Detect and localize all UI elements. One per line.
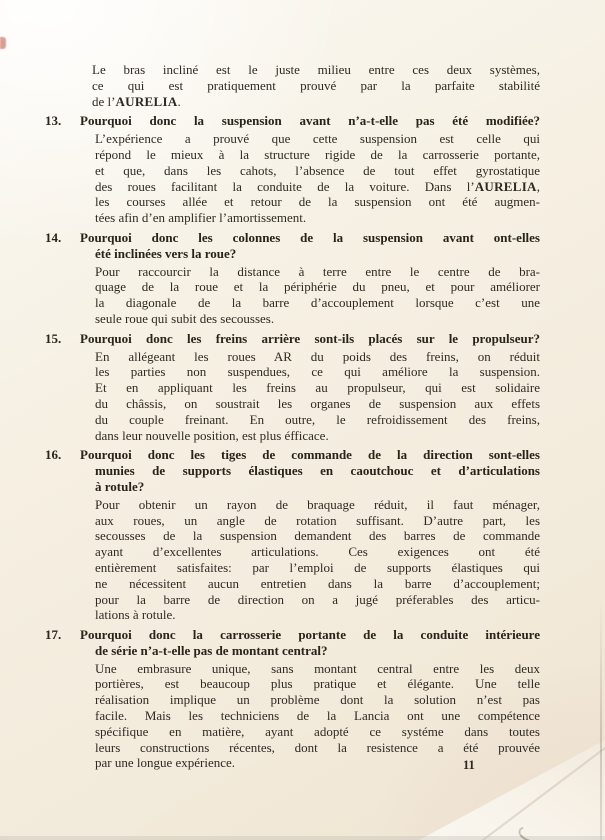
qa-item: 15.Pourquoi donc les freins arrière sont… xyxy=(0,331,605,444)
text-line: Pourquoi donc les freins arrière sont-il… xyxy=(80,331,540,347)
text-line: portières, est beaucoup plus pratique et… xyxy=(95,676,540,692)
text-line: Pourquoi donc les colonnes de la suspens… xyxy=(80,230,540,246)
page-right-edge-shadow xyxy=(600,600,602,840)
text-line: Le bras incliné est le juste milieu entr… xyxy=(92,62,540,78)
question-number: 14. xyxy=(45,230,77,246)
question: Pourquoi donc la suspension avant n’a-t-… xyxy=(80,113,540,129)
text-line: à rotule? xyxy=(95,479,540,495)
text-line: ce qui est pratiquement prouvé par la pa… xyxy=(92,78,540,94)
text-line: Et en appliquant les freins au propulseu… xyxy=(95,380,540,396)
answer: L’expérience a prouvé que cette suspensi… xyxy=(95,131,540,226)
text-line: spécifique en matière, ayant adopté ce s… xyxy=(95,724,540,740)
question-number: 15. xyxy=(45,331,77,347)
text-line: facile. Mais les techniciens de la Lanci… xyxy=(95,708,540,724)
question: Pourquoi donc la carrosserie portante de… xyxy=(80,627,540,659)
text-line: répond le mieux à la structure rigide de… xyxy=(95,147,540,163)
text-line: la diagonale de la barre d’accouplement … xyxy=(95,295,540,311)
text-line: les courses allée et retour de la suspen… xyxy=(95,194,540,210)
text-line: leurs constructions récentes, dont la re… xyxy=(95,740,540,756)
text-line: aux roues, un angle de rotation suffisan… xyxy=(95,513,540,529)
question-number: 13. xyxy=(45,113,77,129)
answer: Pour raccourcir la distance à terre entr… xyxy=(95,264,540,327)
text-line: quage de la roue et la périphérie du pne… xyxy=(95,279,540,295)
text-line: tées afin d’en amplifier l’amortissement… xyxy=(95,210,540,226)
answer: Une embrasure unique, sans montant centr… xyxy=(95,661,540,772)
text-line: Pour raccourcir la distance à terre entr… xyxy=(95,264,540,280)
text-line: et que, dans les cahots, l’absence de to… xyxy=(95,163,540,179)
intro-paragraph: Le bras incliné est le juste milieu entr… xyxy=(92,62,540,109)
qa-item: 17.Pourquoi donc la carrosserie portante… xyxy=(0,627,605,771)
text-line: Une embrasure unique, sans montant centr… xyxy=(95,661,540,677)
qa-item: 13.Pourquoi donc la suspension avant n’a… xyxy=(0,113,605,226)
question: Pourquoi donc les tiges de commande de l… xyxy=(80,447,540,494)
question-number: 17. xyxy=(45,627,77,643)
qa-item: 16.Pourquoi donc les tiges de commande d… xyxy=(0,447,605,623)
qa-item: 14.Pourquoi donc les colonnes de la susp… xyxy=(0,230,605,327)
brand-name: AURELIA xyxy=(115,94,177,109)
text-line: de l’AURELIA. xyxy=(92,94,540,110)
page-bottom-edge-shadow xyxy=(0,836,605,840)
text-line: de série n’a-t-elle pas de montant centr… xyxy=(95,643,540,659)
text-line: les parties non suspendues, ce qui améli… xyxy=(95,364,540,380)
page-text-block: Le bras incliné est le juste milieu entr… xyxy=(0,62,605,771)
text-line: ayant d’excellentes articulations. Ces e… xyxy=(95,544,540,560)
text-line: Pourquoi donc la carrosserie portante de… xyxy=(80,627,540,643)
text-line: du couple freinant. En outre, le refroid… xyxy=(95,412,540,428)
text-line: dans leur nouvelle position, est plus éf… xyxy=(95,428,540,444)
text-line: seule roue qui subit des secousses. xyxy=(95,311,540,327)
answer: En allégeant les roues AR du poids des f… xyxy=(95,349,540,444)
text-line: lations à rotule. xyxy=(95,607,540,623)
answer: Pour obtenir un rayon de braquage réduit… xyxy=(95,497,540,623)
text-line: ne nécessitent aucun entretien dans la b… xyxy=(95,576,540,592)
page-number: 11 xyxy=(463,758,475,773)
text-line: entièrement satisfaites: par l’emploi de… xyxy=(95,560,540,576)
question: Pourquoi donc les colonnes de la suspens… xyxy=(80,230,540,262)
text-line: pour la barre de direction on a jugé pré… xyxy=(95,592,540,608)
text-line: L’expérience a prouvé que cette suspensi… xyxy=(95,131,540,147)
question-number: 16. xyxy=(45,447,77,463)
scan-ink-smudge xyxy=(0,37,6,49)
question: Pourquoi donc les freins arrière sont-il… xyxy=(80,331,540,347)
text-line: En allégeant les roues AR du poids des f… xyxy=(95,349,540,365)
text-line: secousses de la suspension demandent des… xyxy=(95,528,540,544)
scanned-book-page: Le bras incliné est le juste milieu entr… xyxy=(0,0,605,840)
text-line: du châssis, on soustrait les organes de … xyxy=(95,396,540,412)
text-line: Pourquoi donc la suspension avant n’a-t-… xyxy=(80,113,540,129)
text-line: Pour obtenir un rayon de braquage réduit… xyxy=(95,497,540,513)
text-line: réalisation implique un problème dont la… xyxy=(95,692,540,708)
qa-list: 13.Pourquoi donc la suspension avant n’a… xyxy=(0,113,605,771)
text-line: munies de supports élastiques en caoutch… xyxy=(95,463,540,479)
brand-name: AURELIA xyxy=(475,179,537,194)
text-line: des roues facilitant la conduite de la v… xyxy=(95,179,540,195)
text-line: Pourquoi donc les tiges de commande de l… xyxy=(80,447,540,463)
text-line: été inclinées vers la roue? xyxy=(95,246,540,262)
